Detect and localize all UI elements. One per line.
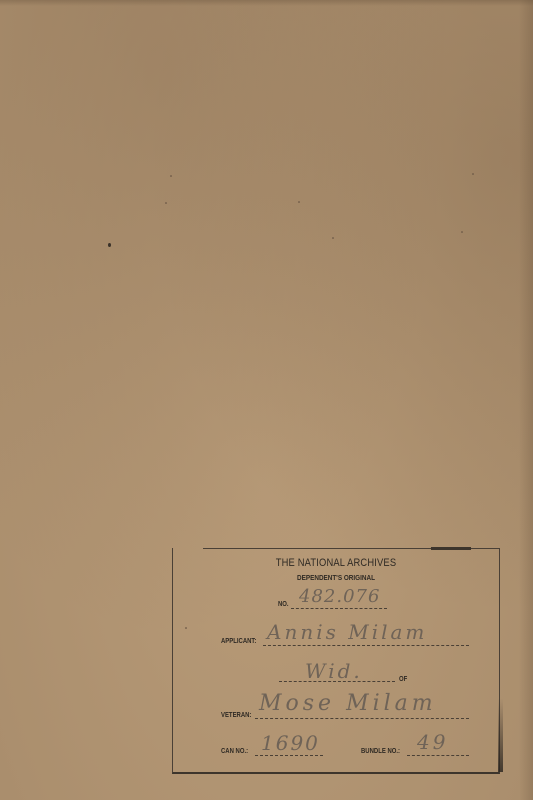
paper-edge-top xyxy=(0,0,533,6)
bundle-no-label: BUNDLE NO.: xyxy=(361,748,400,755)
paper-edge-right xyxy=(519,0,533,800)
veteran-value: Mose Milam xyxy=(259,691,437,716)
veteran-line xyxy=(255,718,469,719)
applicant-line xyxy=(263,645,469,646)
relation-value: Wid. xyxy=(305,659,363,683)
can-no-value: 1690 xyxy=(261,731,320,755)
paper-fleck xyxy=(472,173,474,175)
number-value: 482.076 xyxy=(299,586,380,607)
veteran-label: VETERAN: xyxy=(221,712,251,719)
paper-fleck xyxy=(298,201,300,203)
can-no-label: CAN NO.: xyxy=(221,748,248,755)
can-no-line xyxy=(255,755,323,756)
label-subtitle: DEPENDENT'S ORIGINAL xyxy=(197,573,474,582)
bundle-no-value: 49 xyxy=(417,730,448,754)
applicant-label: APPLICANT: xyxy=(221,638,256,645)
ink-speck xyxy=(108,243,111,247)
paper-fleck xyxy=(332,237,334,239)
paper-fleck xyxy=(165,202,167,204)
paper-fleck xyxy=(461,231,463,233)
number-line xyxy=(291,608,387,609)
institution-title: THE NATIONAL ARCHIVES xyxy=(197,557,474,569)
label-top-border-mark xyxy=(431,547,471,550)
relation-label: OF xyxy=(399,676,407,683)
number-label: NO. xyxy=(278,601,289,608)
bundle-no-line xyxy=(407,755,469,756)
paper-fleck xyxy=(170,175,172,177)
archives-label: THE NATIONAL ARCHIVES DEPENDENT'S ORIGIN… xyxy=(172,548,500,774)
applicant-value: Annis Milam xyxy=(267,620,427,644)
ink-smudge xyxy=(498,698,503,772)
